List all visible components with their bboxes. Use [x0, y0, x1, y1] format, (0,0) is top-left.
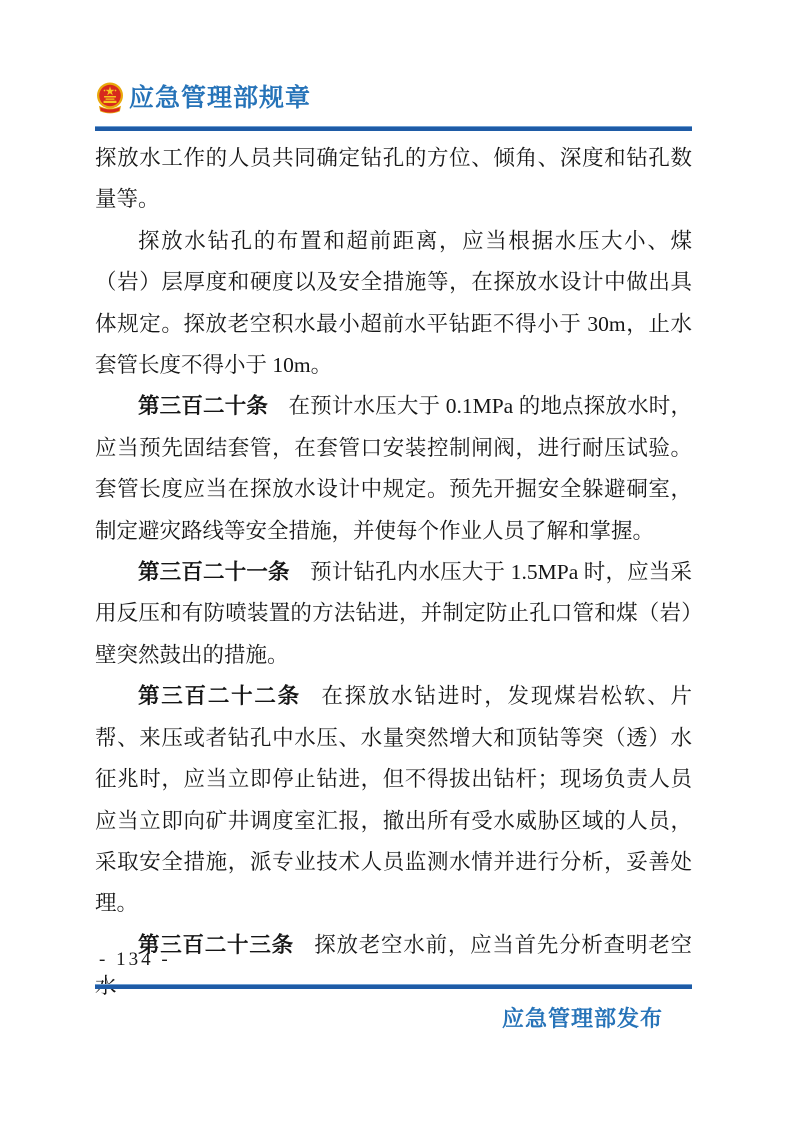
- paragraph-text: 在探放水钻进时，发现煤岩松软、片帮、来压或者钻孔中水压、水量突然增大和顶钻等突（…: [95, 684, 692, 915]
- header-divider: [95, 126, 692, 131]
- paragraph: 第三百二十三条探放老空水前，应当首先分析查明老空水: [95, 925, 692, 1008]
- paragraph: 第三百二十二条在探放水钻进时，发现煤岩松软、片帮、来压或者钻孔中水压、水量突然增…: [95, 676, 692, 924]
- paragraph: 第三百二十一条预计钻孔内水压大于 1.5MPa 时，应当采用反压和有防喷装置的方…: [95, 552, 692, 676]
- paragraph-text: 探放水钻孔的布置和超前距离，应当根据水压大小、煤（岩）层厚度和硬度以及安全措施等…: [95, 229, 692, 377]
- page-header: 应急管理部规章: [96, 82, 311, 114]
- article-number: 第三百二十一条: [138, 560, 290, 584]
- page-number: - 134 -: [99, 949, 171, 971]
- footer-divider: [95, 984, 692, 989]
- body-text: 探放水工作的人员共同确定钻孔的方位、倾角、深度和钻孔数量等。探放水钻孔的布置和超…: [95, 138, 692, 1008]
- paragraph: 探放水工作的人员共同确定钻孔的方位、倾角、深度和钻孔数量等。: [95, 138, 692, 221]
- document-page: 应急管理部规章 探放水工作的人员共同确定钻孔的方位、倾角、深度和钻孔数量等。探放…: [0, 0, 793, 1122]
- page-title: 应急管理部规章: [129, 82, 311, 114]
- paragraph: 探放水钻孔的布置和超前距离，应当根据水压大小、煤（岩）层厚度和硬度以及安全措施等…: [95, 221, 692, 387]
- article-number: 第三百二十条: [138, 394, 268, 418]
- paragraph: 第三百二十条在预计水压大于 0.1MPa 的地点探放水时，应当预先固结套管，在套…: [95, 386, 692, 552]
- paragraph-text: 探放水工作的人员共同确定钻孔的方位、倾角、深度和钻孔数量等。: [95, 146, 692, 211]
- publisher-label: 应急管理部发布: [502, 1002, 663, 1033]
- china-national-emblem-icon: [96, 82, 124, 114]
- article-number: 第三百二十二条: [138, 684, 301, 708]
